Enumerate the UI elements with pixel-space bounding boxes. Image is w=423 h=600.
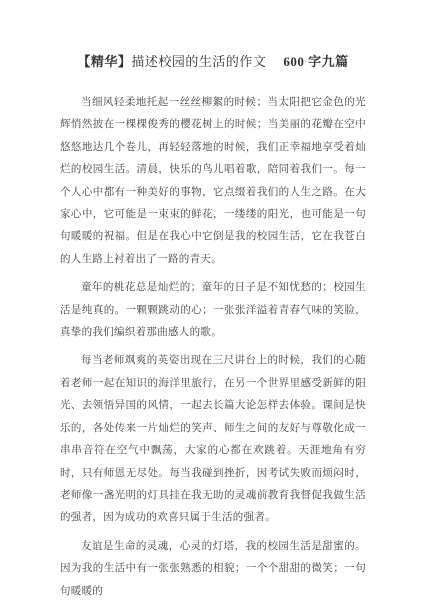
document-title: 【精华】描述校园的生活的作文600 字九篇 [60, 53, 366, 70]
essay-paragraph: 友谊是生命的灵魂，心灵的灯塔，我的校园生活是甜蜜的。因为我的生活中有一张张熟悉的… [60, 536, 366, 600]
essay-paragraph: 童年的桃花总是灿烂的；童年的日子是不知忧愁的；校园生活是纯真的。一颗颗跳动的心；… [60, 277, 366, 344]
essay-paragraph: 每当老师飒爽的英姿出现在三尺讲台上的时候，我们的心随着老师一起在知识的海洋里旅行… [60, 350, 366, 529]
title-main: 描述校园的生活的作文 [131, 54, 266, 69]
document-body: 当细风轻柔地托起一丝丝柳絮的时候；当太阳把它金色的光辉悄然披在一棵棵俊秀的樱花树… [60, 92, 366, 600]
title-tag: 【精华】 [77, 54, 131, 69]
essay-paragraph: 当细风轻柔地托起一丝丝柳絮的时候；当太阳把它金色的光辉悄然披在一棵棵俊秀的樱花树… [60, 92, 366, 271]
title-word-count: 600 字九篇 [283, 54, 348, 69]
document-page: 【精华】描述校园的生活的作文600 字九篇 当细风轻柔地托起一丝丝柳絮的时候；当… [0, 0, 423, 600]
